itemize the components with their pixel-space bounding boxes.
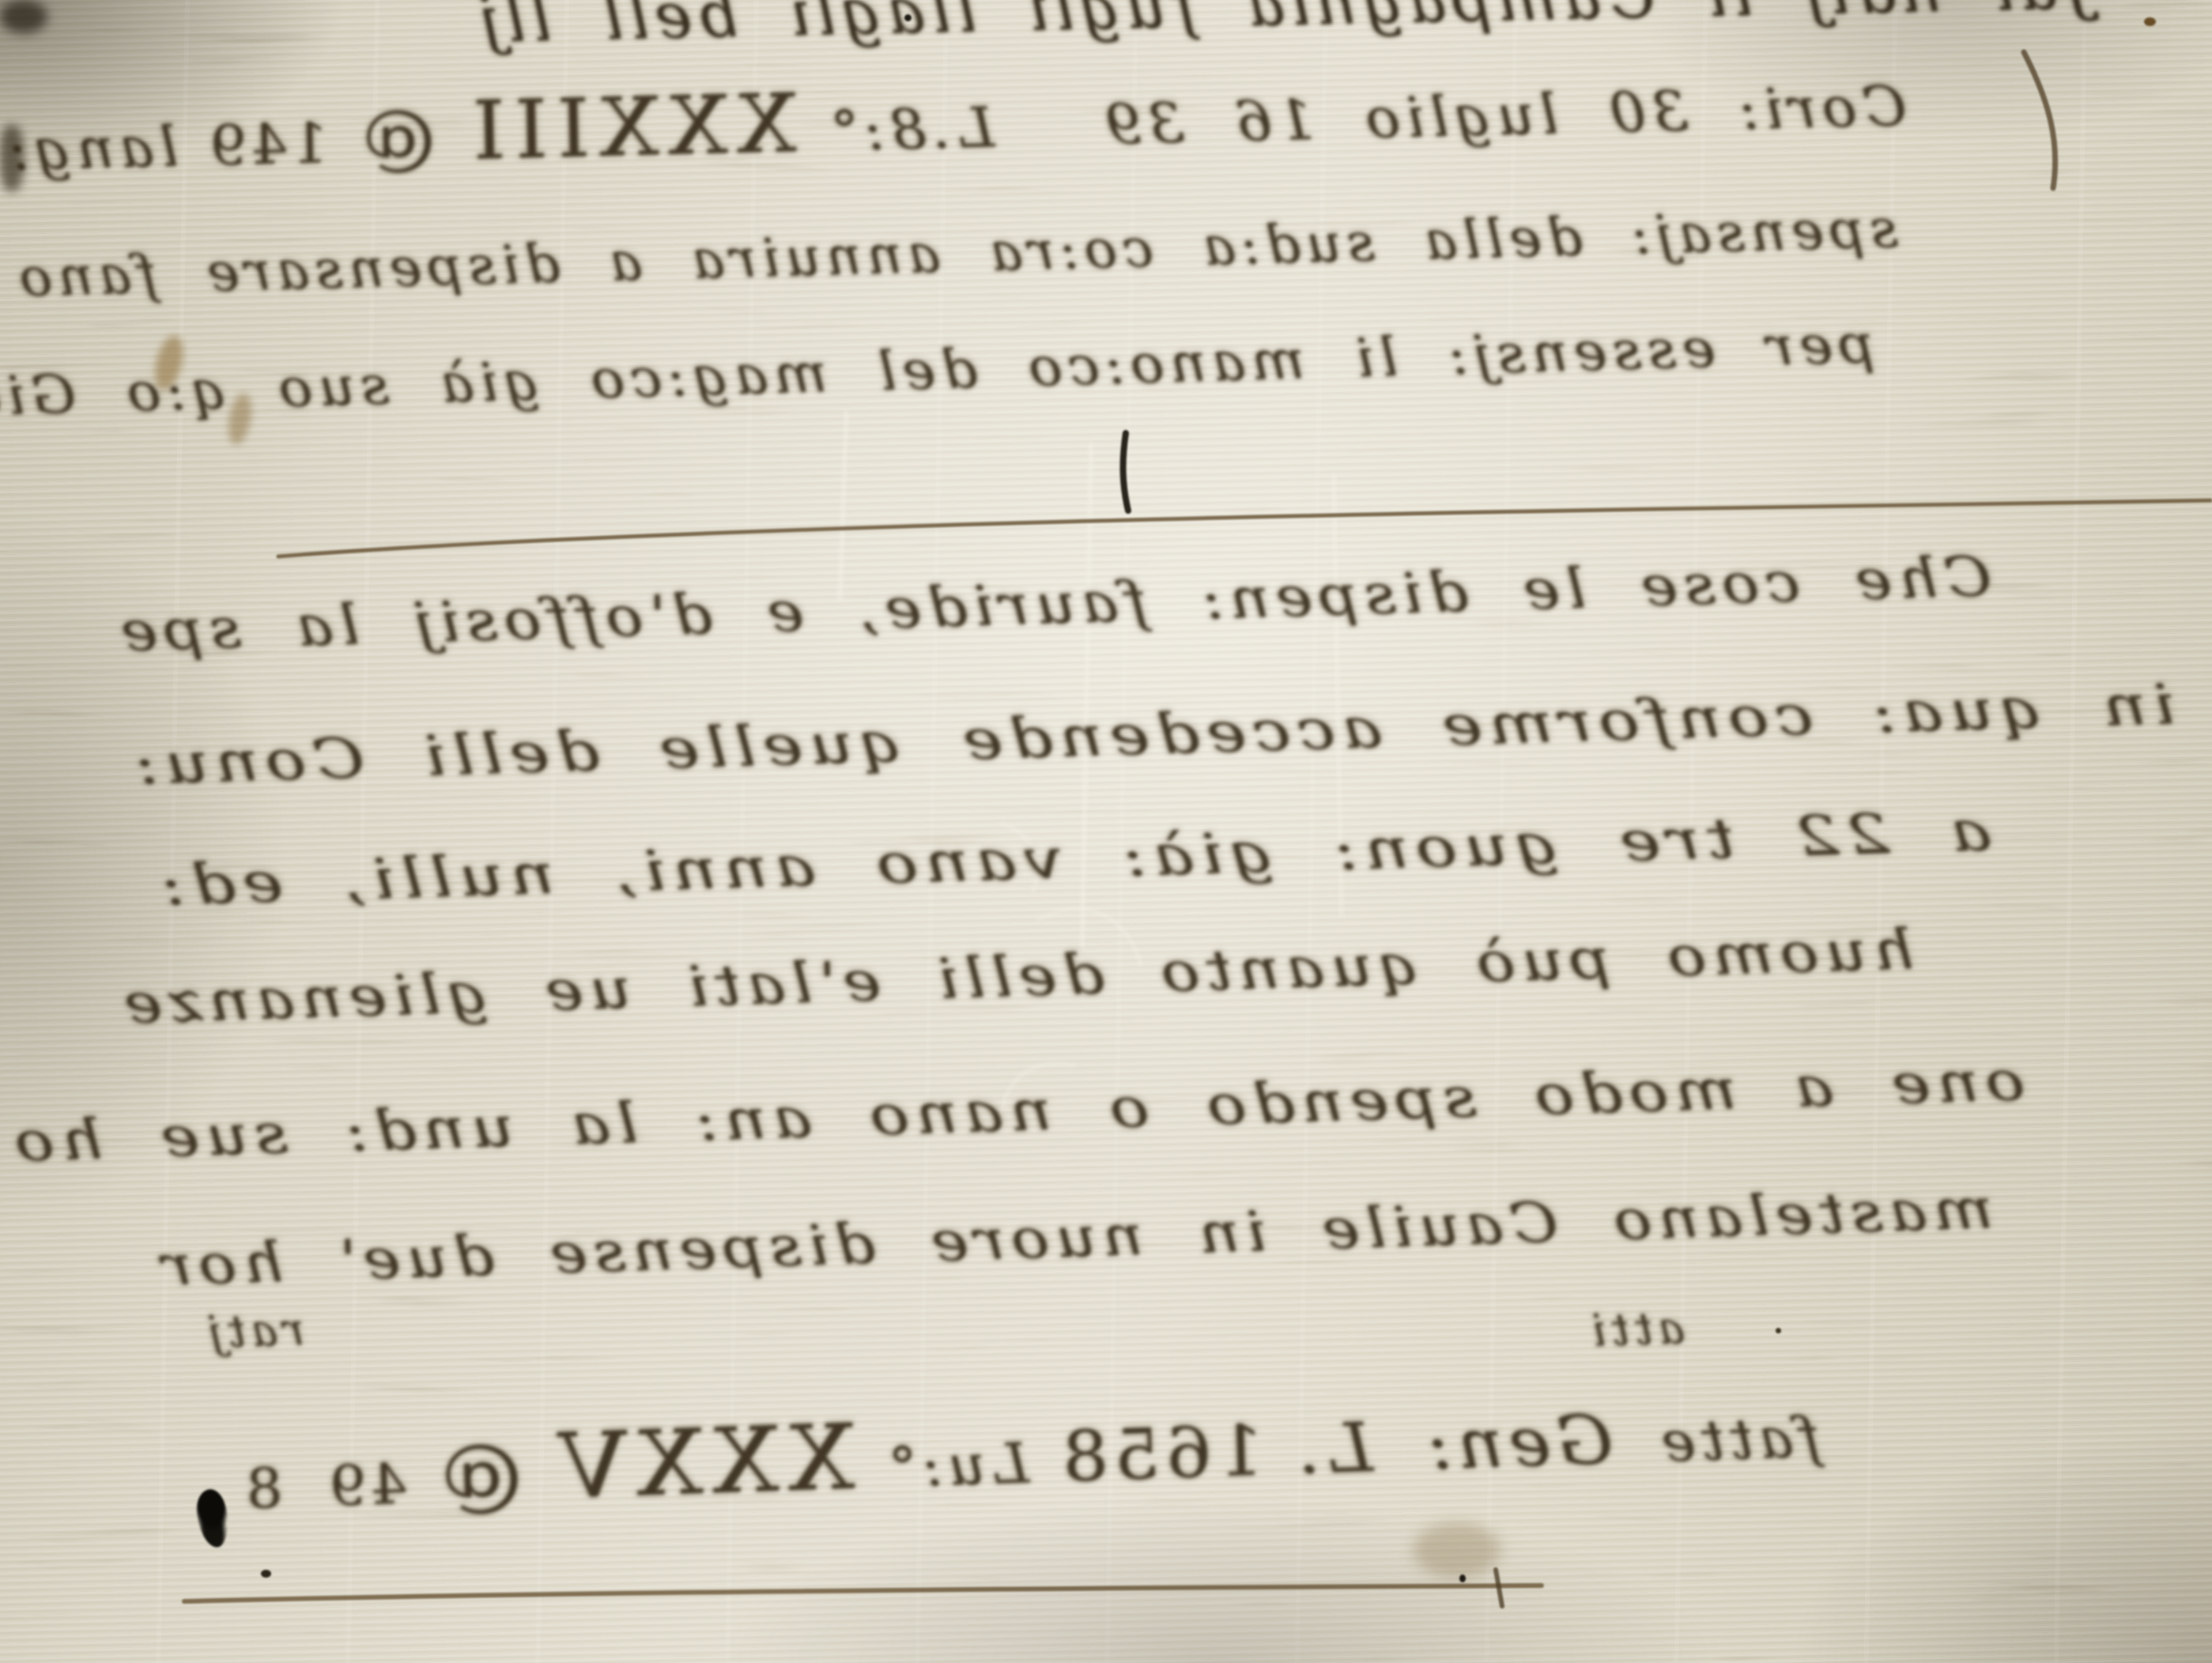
manuscript-photo: Jal ndij ll Campagnia fugli llagli bell …	[0, 0, 2212, 1663]
photo-vignette	[0, 0, 2212, 1663]
